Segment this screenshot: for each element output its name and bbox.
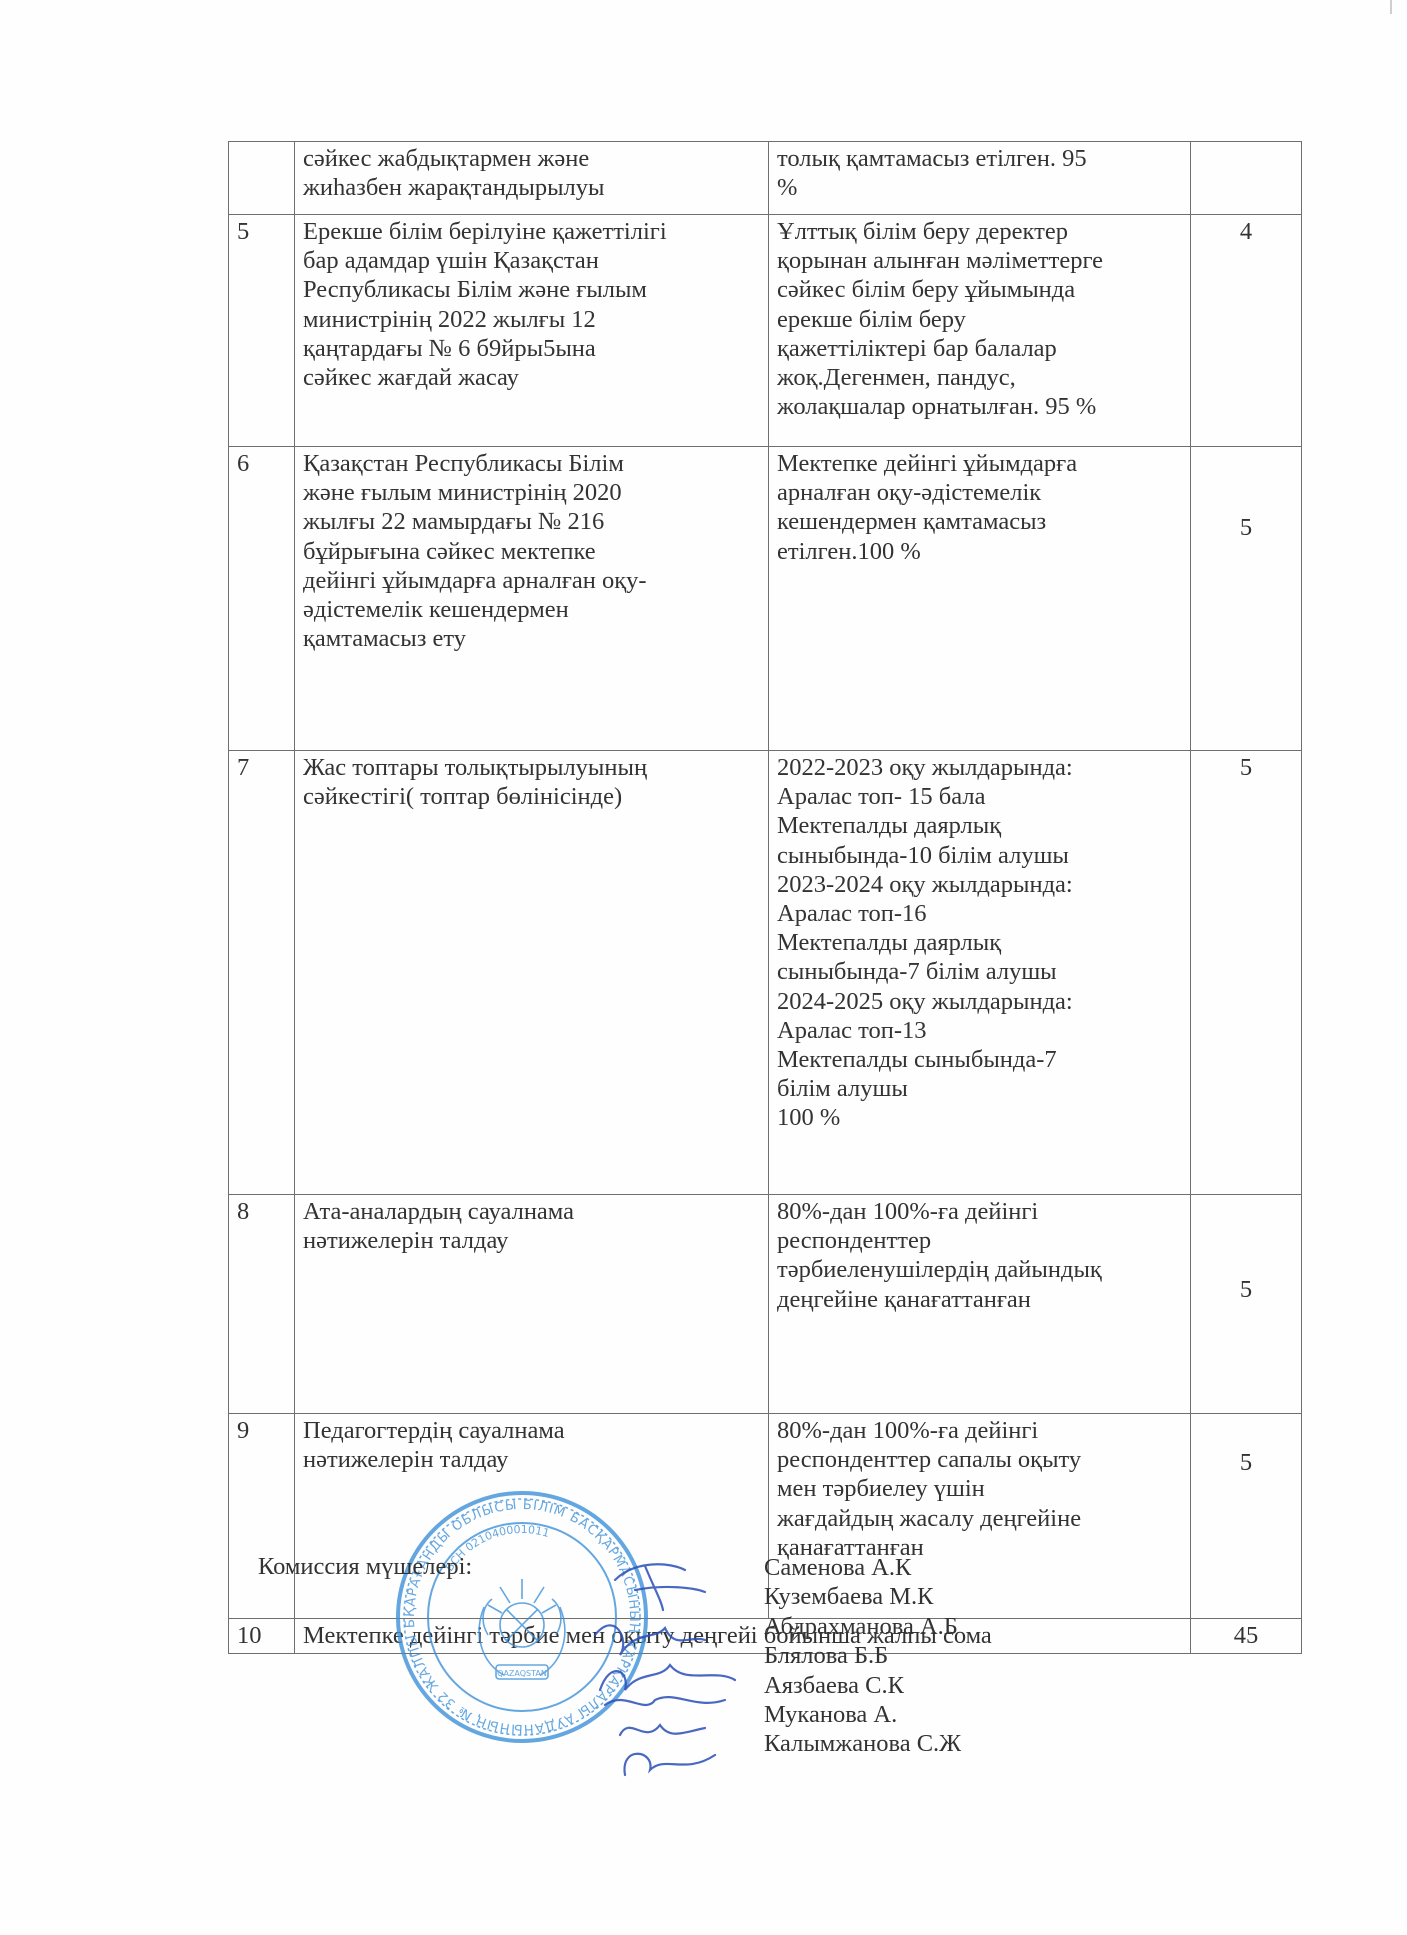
total-score: 45 [1191,1619,1302,1654]
evidence-cell: Мектепке дейінгі ұйымдарға арналған оқу-… [769,447,1191,751]
evaluation-table: сәйкес жабдықтармен және жиһазбен жарақт… [228,141,1302,1654]
commission-label: Комиссия мүшелері: [258,1553,472,1581]
row-number: 5 [229,215,295,447]
scan-edge-mark [1390,0,1392,14]
row-number [229,142,295,215]
criterion-cell: Қазақстан Республикасы Білім және ғылым … [295,447,769,751]
criterion-cell: сәйкес жабдықтармен және жиһазбен жарақт… [295,142,769,215]
svg-text:QAZAQSTAN: QAZAQSTAN [497,1669,547,1678]
table-row: 8 Ата-аналардың сауалнама нәтижелерін та… [229,1195,1302,1414]
commission-members-list: Саменова А.К Кузембаева М.К Абдрахманова… [764,1553,961,1759]
criterion-cell: Ата-аналардың сауалнама нәтижелерін талд… [295,1195,769,1414]
evidence-cell: 80%-дан 100%-ға дейінгі респонденттер тә… [769,1195,1191,1414]
member-name: Аязбаева С.К [764,1671,961,1700]
score-cell [1191,142,1302,215]
member-name: Калымжанова С.Ж [764,1729,961,1758]
row-number: 7 [229,751,295,1195]
row-number: 6 [229,447,295,751]
criterion-cell: Жас топтары толықтырылуының сәйкестігі( … [295,751,769,1195]
member-name: Абдрахманова А.Б [764,1612,961,1641]
signatures-icon [575,1540,765,1790]
evidence-cell: 2022-2023 оқу жылдарында: Аралас топ- 15… [769,751,1191,1195]
criterion-cell: Ерекше білім берілуіне қажеттілігі бар а… [295,215,769,447]
evidence-cell: Ұлттық білім беру деректер қорынан алынғ… [769,215,1191,447]
score-cell: 5 [1191,751,1302,1195]
evidence-cell: толық қамтамасыз етілген. 95 % [769,142,1191,215]
document-page: сәйкес жабдықтармен және жиһазбен жарақт… [0,0,1407,1935]
member-name: Саменова А.К [764,1553,961,1582]
row-number: 8 [229,1195,295,1414]
score-cell: 5 [1191,1195,1302,1414]
score-cell: 5 [1191,1414,1302,1619]
table-row: сәйкес жабдықтармен және жиһазбен жарақт… [229,142,1302,215]
table-row: 5 Ерекше білім берілуіне қажеттілігі бар… [229,215,1302,447]
member-name: Блялова Б.Б [764,1641,961,1670]
member-name: Муканова А. [764,1700,961,1729]
score-cell: 4 [1191,215,1302,447]
table-row: 7 Жас топтары толықтырылуының сәйкестігі… [229,751,1302,1195]
member-name: Кузембаева М.К [764,1582,961,1611]
row-number: 10 [229,1619,295,1654]
row-number: 9 [229,1414,295,1619]
score-cell: 5 [1191,447,1302,751]
table-row: 6 Қазақстан Республикасы Білім және ғылы… [229,447,1302,751]
